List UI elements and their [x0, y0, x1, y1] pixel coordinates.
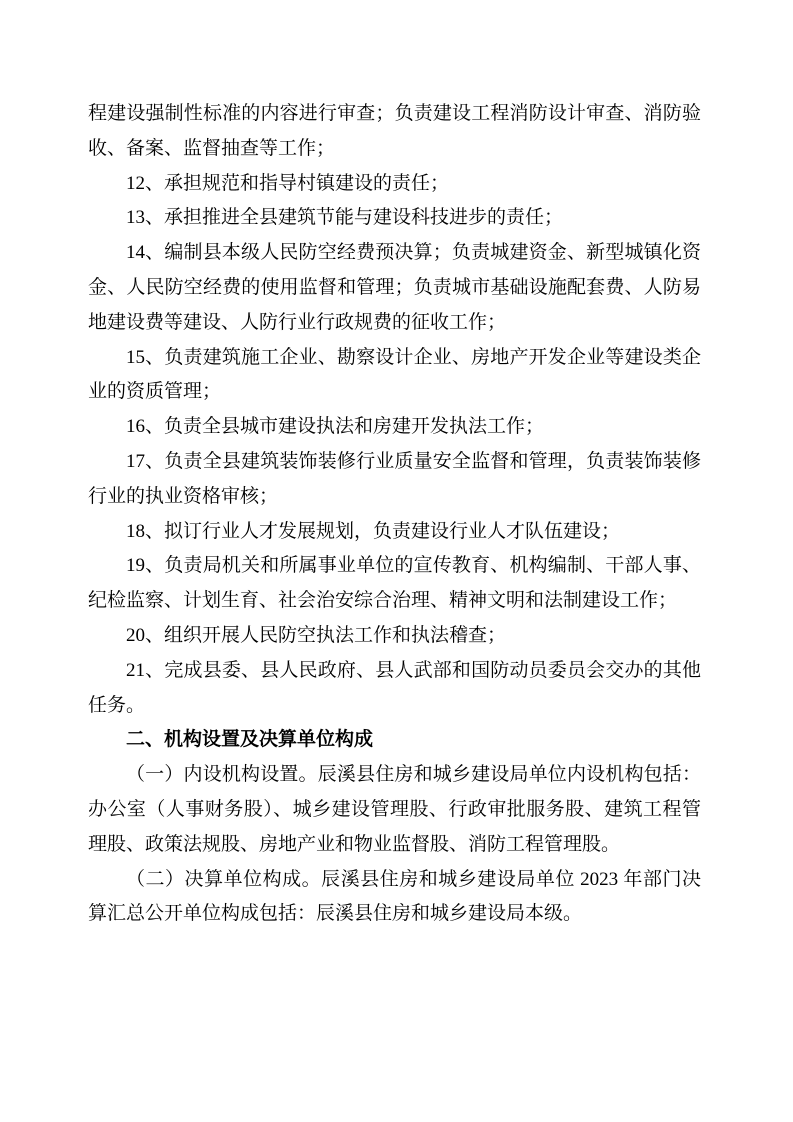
- body-paragraph-item-14: 14、编制县本级人民防空经费预决算；负责城建资金、新型城镇化资金、人民防空经费的…: [88, 236, 701, 340]
- body-paragraph-item-16: 16、负责全县城市建设执法和房建开发执法工作；: [88, 410, 701, 445]
- body-paragraph-item-18: 18、拟订行业人才发展规划，负责建设行业人才队伍建设；: [88, 515, 701, 550]
- body-paragraph-subsection-1: （一）内设机构设置。辰溪县住房和城乡建设局单位内设机构包括：办公室（人事财务股）…: [88, 758, 701, 862]
- body-paragraph-continuation: 程建设强制性标准的内容进行审查；负责建设工程消防设计审查、消防验收、备案、监督抽…: [88, 97, 701, 167]
- body-paragraph-item-21: 21、完成县委、县人民政府、县人武部和国防动员委员会交办的其他任务。: [88, 654, 701, 724]
- body-paragraph-item-19: 19、负责局机关和所属事业单位的宣传教育、机构编制、干部人事、纪检监察、计划生育…: [88, 549, 701, 619]
- body-paragraph-item-17: 17、负责全县建筑装饰装修行业质量安全监督和管理，负责装饰装修行业的执业资格审核…: [88, 445, 701, 515]
- document-page: 程建设强制性标准的内容进行审查；负责建设工程消防设计审查、消防验收、备案、监督抽…: [0, 0, 793, 1122]
- body-paragraph-subsection-2: （二）决算单位构成。辰溪县住房和城乡建设局单位 2023 年部门决算汇总公开单位…: [88, 863, 701, 933]
- body-paragraph-item-15: 15、负责建筑施工企业、勘察设计企业、房地产开发企业等建设类企业的资质管理；: [88, 341, 701, 411]
- body-paragraph-item-12: 12、承担规范和指导村镇建设的责任；: [88, 167, 701, 202]
- section-heading: 二、机构设置及决算单位构成: [88, 723, 701, 758]
- body-paragraph-item-13: 13、承担推进全县建筑节能与建设科技进步的责任；: [88, 201, 701, 236]
- body-paragraph-item-20: 20、组织开展人民防空执法工作和执法稽查；: [88, 619, 701, 654]
